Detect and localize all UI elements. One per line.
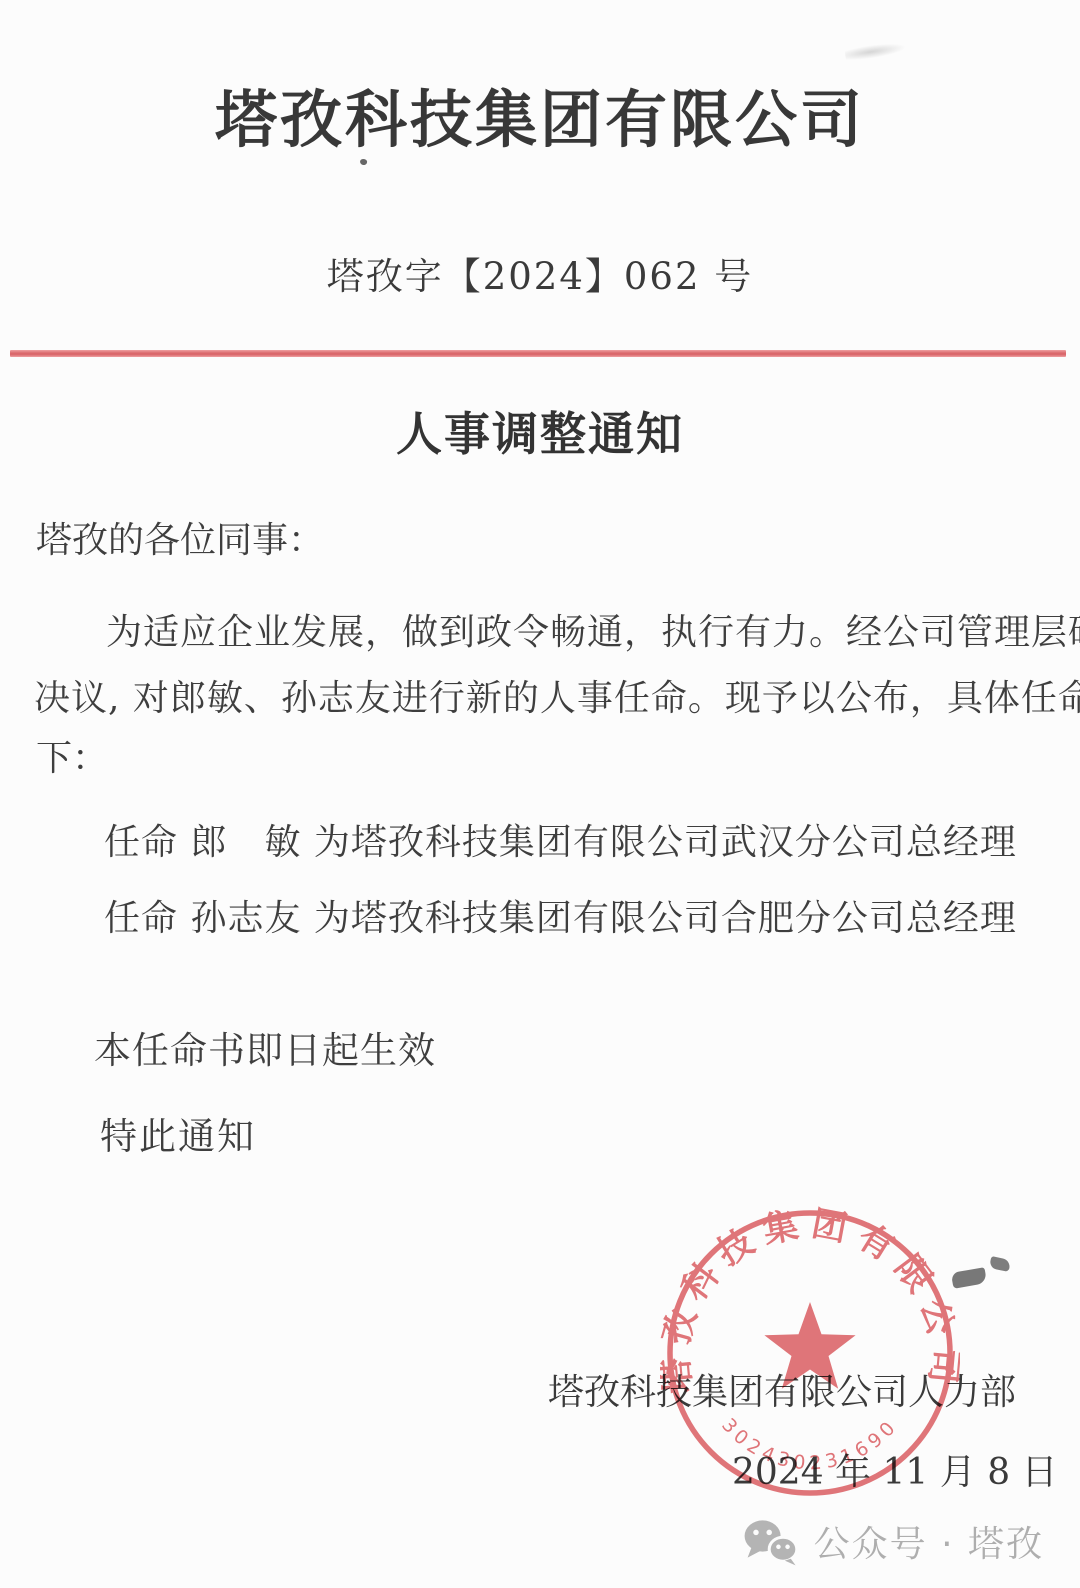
body-paragraph-line: 为适应企业发展，做到政令畅通，执行有力。经公司管理层研究 [106, 612, 1080, 653]
seal-star-icon [764, 1302, 855, 1389]
red-divider-line [10, 350, 1066, 357]
body-paragraph-line: 下： [36, 738, 108, 779]
wechat-account-footer: 公众号 · 塔孜 [742, 1516, 1044, 1567]
closing-line: 特此通知 [100, 1116, 256, 1159]
body-paragraph-line: 决议, 对郎敏、孙志友进行新的人事任命。现予以公布，具体任命如 [34, 678, 1080, 719]
seal-number-wrap: 302430231690 [717, 1414, 903, 1474]
wechat-icon [742, 1518, 800, 1566]
scanned-notice-page: 塔孜科技集团有限公司 塔孜字【2024】062 号 人事调整通知 塔孜的各位同事… [0, 0, 1080, 1588]
company-title: 塔孜科技集团有限公司 [0, 84, 1080, 155]
footer-label: 公众号 · 塔孜 [814, 1516, 1044, 1567]
appointment-line-langmin: 任命 郎 敏 为塔孜科技集团有限公司武汉分公司总经理 [104, 822, 1017, 863]
notice-heading: 人事调整通知 [0, 408, 1080, 461]
scan-dot-artifact [359, 158, 368, 166]
document-number: 塔孜字【2024】062 号 [0, 256, 1080, 299]
salutation-line: 塔孜的各位同事： [36, 520, 324, 561]
seal-number: 302430231690 [717, 1414, 903, 1474]
scan-smudge-artifact [844, 40, 909, 63]
ink-spot-artifact [989, 1256, 1011, 1272]
appointment-line-sunzhiyou: 任命 孙志友 为塔孜科技集团有限公司合肥分公司总经理 [104, 898, 1017, 939]
company-seal-stamp: 塔孜科技集团有限公司 302430231690 [660, 1198, 960, 1508]
effective-line: 本任命书即日起生效 [94, 1030, 436, 1073]
